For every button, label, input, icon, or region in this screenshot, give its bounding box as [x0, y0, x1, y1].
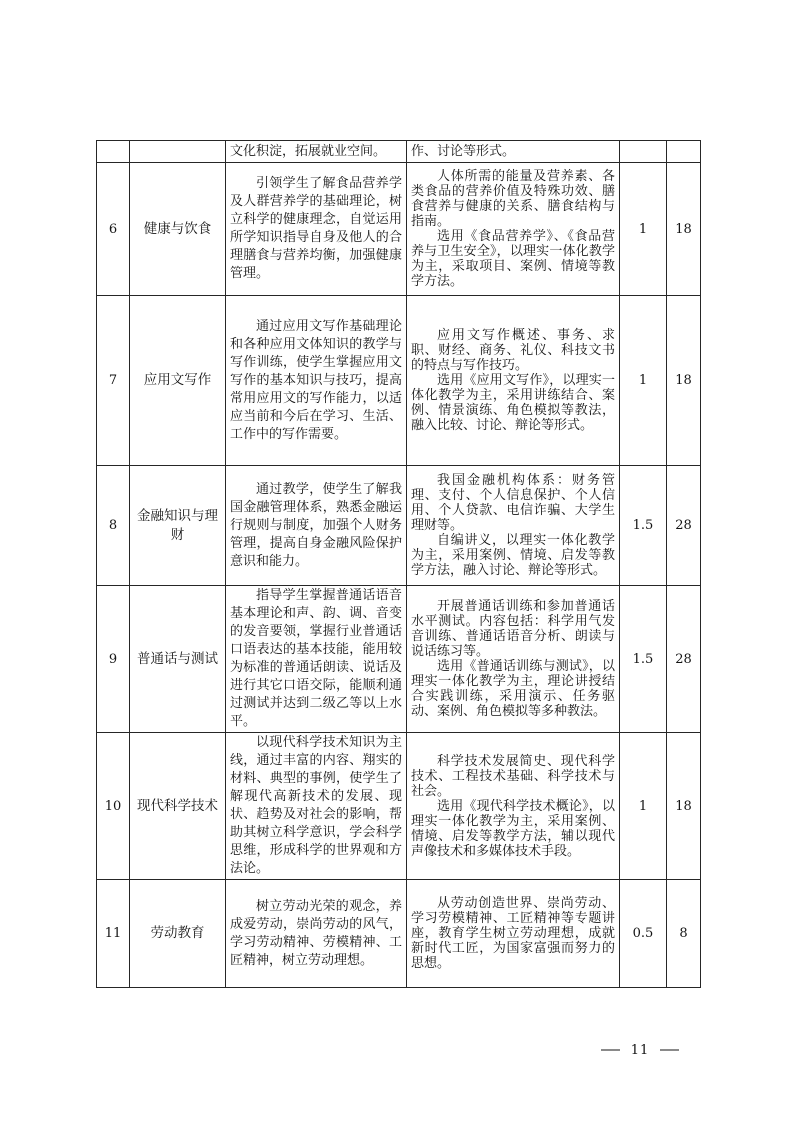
course-name-cell: 普通话与测试 — [130, 586, 226, 733]
course-objective-cell: 引领学生了解食品营养学及人群营养学的基础理论，树立科学的健康理念，自觉运用所学知… — [226, 163, 407, 296]
table-row-course-6: 6 健康与饮食 引领学生了解食品营养学及人群营养学的基础理论，树立科学的健康理念… — [97, 163, 701, 296]
content-paragraph-1: 从劳动创造世界、崇尚劳动、学习劳模精神、工匠精神等专题讲座，教育学生树立劳动理想… — [411, 896, 615, 971]
course-content-cell: 开展普通话训练和参加普通话水平测试。内容包括：科学用气发音训练、普通话语音分析、… — [407, 586, 620, 733]
objective-text: 通过教学，使学生了解我国金融管理体系，熟悉金融运行规则与制度，加强个人财务管理，… — [230, 481, 402, 571]
course-name-cell: 劳动教育 — [130, 880, 226, 988]
hours-cell: 28 — [667, 466, 701, 586]
row-number-cell: 6 — [97, 163, 130, 296]
row-number-cell: 8 — [97, 466, 130, 586]
footer-dash-right — [660, 1049, 679, 1051]
hours-cell: 18 — [667, 163, 701, 296]
footer-dash-left — [601, 1049, 620, 1051]
credits-cell: 1 — [620, 733, 667, 880]
content-paragraph-1: 应用文写作概述、事务、求职、财经、商务、礼仪、科技文书的特点与写作技巧。 — [411, 328, 615, 373]
course-objective-cell: 树立劳动光荣的观念，养成爱劳动，崇尚劳动的风气，学习劳动精神、劳模精神、工匠精神… — [226, 880, 407, 988]
row-number-cell — [97, 141, 130, 163]
table-row-course-7: 7 应用文写作 通过应用文写作基础理论和各种应用文体知识的教学与写作训练，使学生… — [97, 296, 701, 466]
course-content-cell: 应用文写作概述、事务、求职、财经、商务、礼仪、科技文书的特点与写作技巧。 选用《… — [407, 296, 620, 466]
course-name-cell — [130, 141, 226, 163]
course-objective-cell: 通过应用文写作基础理论和各种应用文体知识的教学与写作训练，使学生掌握应用文写作的… — [226, 296, 407, 466]
credits-cell: 1 — [620, 296, 667, 466]
row-number-cell: 7 — [97, 296, 130, 466]
table-row-course-8: 8 金融知识与理财 通过教学，使学生了解我国金融管理体系，熟悉金融运行规则与制度… — [97, 466, 701, 586]
objective-text: 以现代科学技术知识为主线，通过丰富的内容、翔实的材料、典型的事例，使学生了解现代… — [230, 734, 402, 878]
credits-cell — [620, 141, 667, 163]
course-content-cell: 作、讨论等形式。 — [407, 141, 620, 163]
course-objective-cell: 文化积淀，拓展就业空间。 — [226, 141, 407, 163]
row-number-cell: 9 — [97, 586, 130, 733]
credits-cell: 1.5 — [620, 466, 667, 586]
content-paragraph-1: 开展普通话训练和参加普通话水平测试。内容包括：科学用气发音训练、普通话语音分析、… — [411, 599, 615, 659]
page-footer: 11 — [585, 1040, 695, 1060]
content-paragraph-1: 科学技术发展简史、现代科学技术、工程技术基础、科学技术与社会。 — [411, 754, 615, 799]
course-objective-cell: 指导学生掌握普通话语音基本理论和声、韵、调、音变的发音要领，掌握行业普通话口语表… — [226, 586, 407, 733]
hours-cell: 18 — [667, 733, 701, 880]
objective-tail-text: 文化积淀，拓展就业空间。 — [230, 143, 402, 161]
credits-cell: 1.5 — [620, 586, 667, 733]
table-row-course-9: 9 普通话与测试 指导学生掌握普通话语音基本理论和声、韵、调、音变的发音要领，掌… — [97, 586, 701, 733]
course-name-cell: 健康与饮食 — [130, 163, 226, 296]
row-number-cell: 11 — [97, 880, 130, 988]
course-name-cell: 应用文写作 — [130, 296, 226, 466]
table-row-carryover: 文化积淀，拓展就业空间。 作、讨论等形式。 — [97, 141, 701, 163]
objective-text: 通过应用文写作基础理论和各种应用文体知识的教学与写作训练，使学生掌握应用文写作的… — [230, 318, 402, 444]
course-content-cell: 科学技术发展简史、现代科学技术、工程技术基础、科学技术与社会。 选用《现代科学技… — [407, 733, 620, 880]
document-page: 文化积淀，拓展就业空间。 作、讨论等形式。 6 健康与饮食 引领学生了解食品营养… — [0, 0, 793, 1122]
objective-text: 引领学生了解食品营养学及人群营养学的基础理论，树立科学的健康理念，自觉运用所学知… — [230, 175, 402, 283]
course-content-cell: 人体所需的能量及营养素、各类食品的营养价值及特殊功效、膳食营养与健康的关系、膳食… — [407, 163, 620, 296]
content-tail-text: 作、讨论等形式。 — [411, 144, 615, 159]
credits-cell: 0.5 — [620, 880, 667, 988]
objective-text: 指导学生掌握普通话语音基本理论和声、韵、调、音变的发音要领，掌握行业普通话口语表… — [230, 587, 402, 731]
row-number-cell: 10 — [97, 733, 130, 880]
content-paragraph-1: 人体所需的能量及营养素、各类食品的营养价值及特殊功效、膳食营养与健康的关系、膳食… — [411, 169, 615, 229]
hours-cell — [667, 141, 701, 163]
course-name-cell: 金融知识与理财 — [130, 466, 226, 586]
table-row-course-11: 11 劳动教育 树立劳动光荣的观念，养成爱劳动，崇尚劳动的风气，学习劳动精神、劳… — [97, 880, 701, 988]
hours-cell: 18 — [667, 296, 701, 466]
course-name-cell: 现代科学技术 — [130, 733, 226, 880]
course-content-cell: 从劳动创造世界、崇尚劳动、学习劳模精神、工匠精神等专题讲座，教育学生树立劳动理想… — [407, 880, 620, 988]
course-content-cell: 我国金融机构体系：财务管理、支付、个人信息保护、个人信用、个人贷款、电信诈骗、大… — [407, 466, 620, 586]
course-objective-cell: 以现代科学技术知识为主线，通过丰富的内容、翔实的材料、典型的事例，使学生了解现代… — [226, 733, 407, 880]
content-paragraph-1: 我国金融机构体系：财务管理、支付、个人信息保护、个人信用、个人贷款、电信诈骗、大… — [411, 473, 615, 533]
footer-page-number: 11 — [631, 1043, 650, 1058]
credits-cell: 1 — [620, 163, 667, 296]
content-paragraph-2: 选用《应用文写作》，以理实一体化教学为主，采用讲练结合、案例、情景演练、角色模拟… — [411, 373, 615, 433]
content-paragraph-2: 选用《现代科学技术概论》，以理实一体化教学为主，采用案例、情境、启发等教学方法，… — [411, 799, 615, 859]
content-paragraph-2: 自编讲义，以理实一体化教学为主，采用案例、情境、启发等教学方法，融入讨论、辩论等… — [411, 533, 615, 578]
course-objective-cell: 通过教学，使学生了解我国金融管理体系，熟悉金融运行规则与制度，加强个人财务管理，… — [226, 466, 407, 586]
hours-cell: 8 — [667, 880, 701, 988]
content-paragraph-2: 选用《食品营养学》、《食品营养与卫生安全》，以理实一体化教学为主，采取项目、案例… — [411, 229, 615, 289]
table-row-course-10: 10 现代科学技术 以现代科学技术知识为主线，通过丰富的内容、翔实的材料、典型的… — [97, 733, 701, 880]
course-plan-table: 文化积淀，拓展就业空间。 作、讨论等形式。 6 健康与饮食 引领学生了解食品营养… — [96, 140, 701, 988]
content-paragraph-2: 选用《普通话训练与测试》，以理实一体化教学为主，理论讲授结合实践训练，采用演示、… — [411, 659, 615, 719]
hours-cell: 28 — [667, 586, 701, 733]
objective-text: 树立劳动光荣的观念，养成爱劳动，崇尚劳动的风气，学习劳动精神、劳模精神、工匠精神… — [230, 898, 402, 970]
